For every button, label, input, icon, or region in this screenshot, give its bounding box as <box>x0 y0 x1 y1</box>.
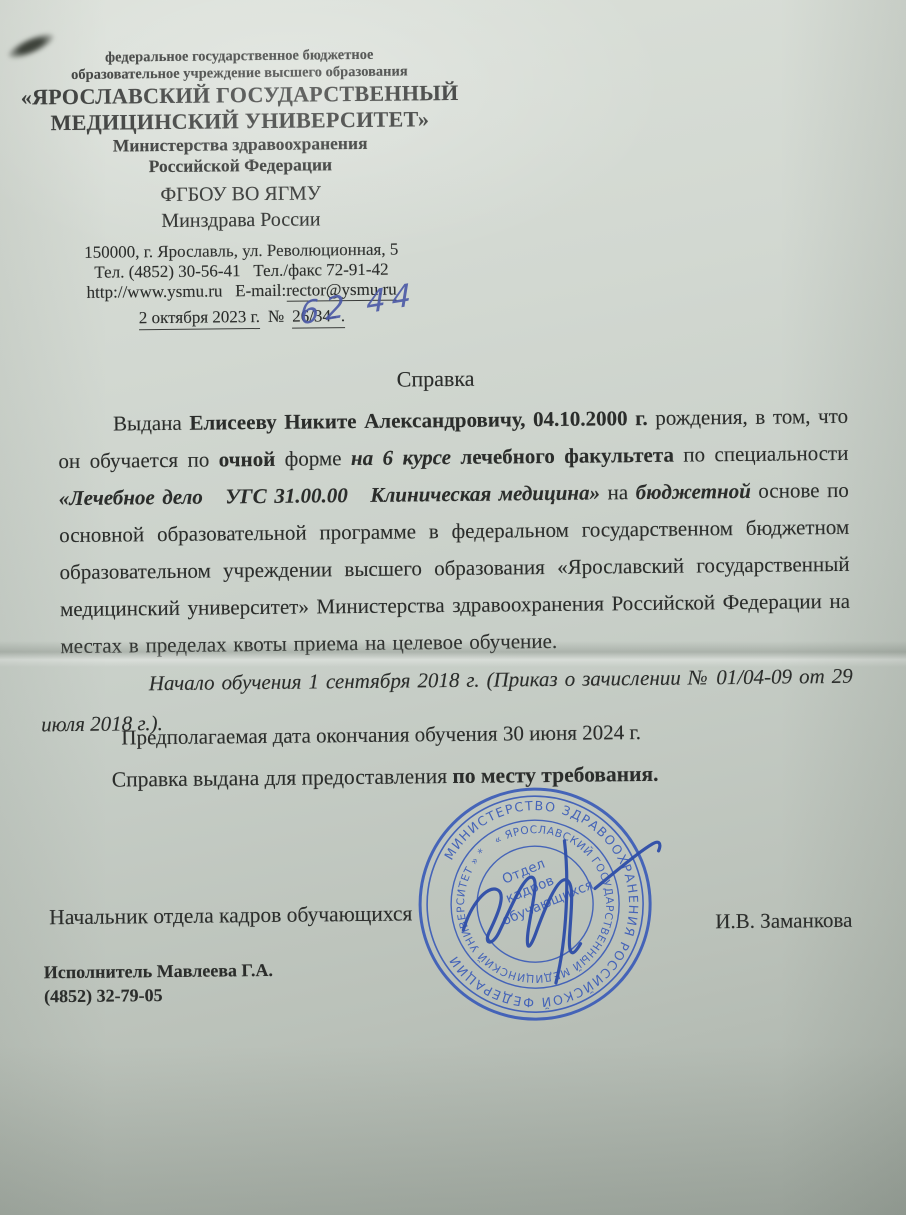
study-form: очной <box>219 447 276 472</box>
student-name-dob: Елисееву Никите Александровичу, 04.10.20… <box>189 406 647 435</box>
document-scan: федеральное государственное бюджетное об… <box>0 0 906 1215</box>
p1-text: Выдана <box>113 411 190 436</box>
p1-text: по специальности <box>674 441 849 467</box>
executor-phone: (4852) 32-79-05 <box>44 982 273 1008</box>
specialty: «Лечебное дело УГС 31.00.00 Клиническая … <box>59 480 600 510</box>
document-title: Справка <box>0 362 874 397</box>
p1-text: на <box>600 480 636 504</box>
p1-text: форме <box>275 446 351 471</box>
document-date: 2 октября 2023 г. <box>139 307 260 330</box>
signature-tail <box>594 842 660 888</box>
web-email-label: http://www.ysmu.ru E-mail: <box>87 280 287 301</box>
executor-block: Исполнитель Мавлеева Г.А. (4852) 32-79-0… <box>44 958 274 1008</box>
funding-basis: бюджетной <box>636 479 751 504</box>
org-short-name: ФГБОУ ВО ЯГМУ <box>16 181 466 209</box>
executor-name: Исполнитель Мавлеева Г.А. <box>44 958 273 984</box>
course-year: на 6 курсе <box>351 445 461 470</box>
signer-position-title: Начальник отдела кадров обучающихся <box>49 901 412 930</box>
faculty: лечебного факультета <box>460 443 674 469</box>
purpose-text: Справка выдана для предоставления <box>112 764 453 792</box>
handwritten-signature <box>422 797 704 1010</box>
signature-descender <box>554 841 567 983</box>
org-name-line2: МЕДИЦИНСКИЙ УНИВЕРСИТЕТ» <box>15 106 465 137</box>
number-sign: № <box>268 306 284 328</box>
signer-name: И.В. Заманкова <box>715 908 852 934</box>
paragraph-student-info: Выдана Елисееву Никите Александровичу, 0… <box>58 398 851 665</box>
